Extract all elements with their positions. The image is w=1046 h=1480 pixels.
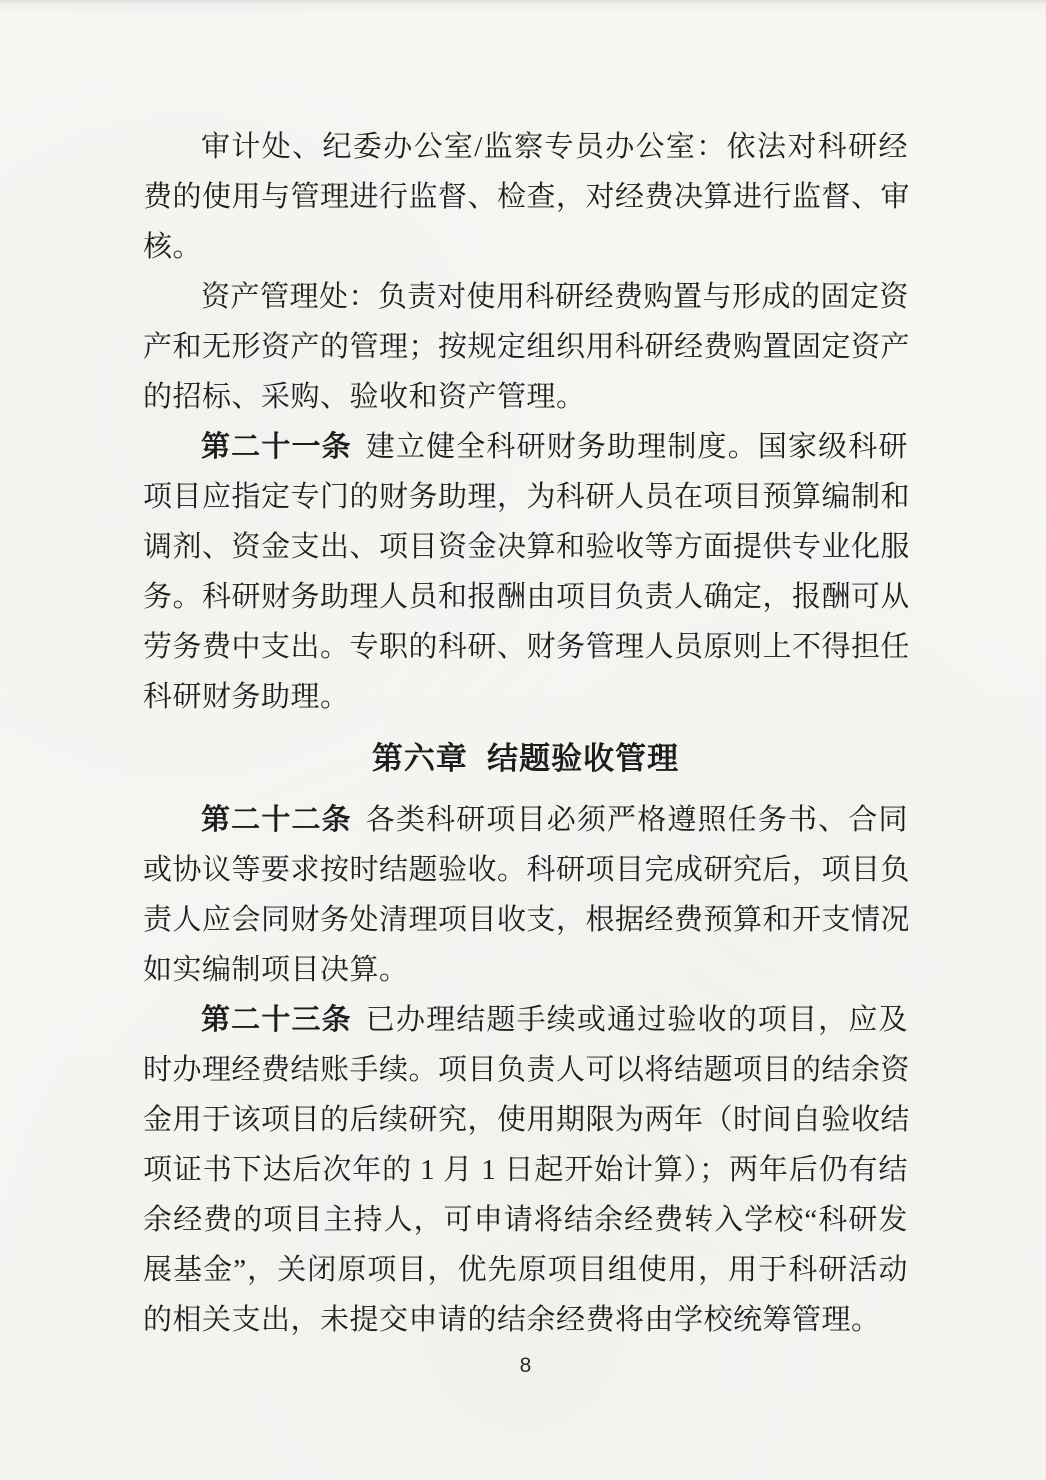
line-text: 科研财务助理。 xyxy=(143,681,350,713)
text-line: 第二十一条建立健全科研财务助理制度。国家级科研 xyxy=(143,422,908,472)
line-text: 审计处、纪委办公室/监察专员办公室：依法对科研经 xyxy=(201,131,908,163)
text-line: 项证书下达后次年的 1 月 1 日起开始计算）；两年后仍有结 xyxy=(143,1145,908,1195)
line-text: 务。科研财务助理人员和报酬由项目负责人确定，报酬可从 xyxy=(143,581,908,613)
text-line: 劳务费中支出。专职的科研、财务管理人员原则上不得担任 xyxy=(143,622,908,672)
article-number: 第二十二条 xyxy=(201,804,352,836)
text-line: 项目应指定专门的财务助理，为科研人员在项目预算编制和 xyxy=(143,472,908,522)
paragraph-block-2: 第二十二条各类科研项目必须严格遵照任务书、合同或协议等要求按时结题验收。科研项目… xyxy=(143,795,908,1345)
text-line: 费的使用与管理进行监督、检查，对经费决算进行监督、审 xyxy=(143,172,908,222)
line-text: 各类科研项目必须严格遵照任务书、合同 xyxy=(366,804,908,836)
text-line: 科研财务助理。 xyxy=(143,672,908,722)
scanned-document-page: 审计处、纪委办公室/监察专员办公室：依法对科研经费的使用与管理进行监督、检查，对… xyxy=(0,0,1046,1480)
line-text: 建立健全科研财务助理制度。国家级科研 xyxy=(366,431,908,463)
line-text: 资产管理处：负责对使用科研经费购置与形成的固定资 xyxy=(201,281,908,313)
line-text: 责人应会同财务处清理项目收支，根据经费预算和开支情况 xyxy=(143,904,908,936)
text-line: 余经费的项目主持人，可申请将结余经费转入学校“科研发 xyxy=(143,1195,908,1245)
line-text: 金用于该项目的后续研究，使用期限为两年（时间自验收结 xyxy=(143,1104,908,1136)
text-line: 资产管理处：负责对使用科研经费购置与形成的固定资 xyxy=(143,272,908,322)
text-line: 第二十三条已办理结题手续或通过验收的项目，应及 xyxy=(143,995,908,1045)
text-line: 金用于该项目的后续研究，使用期限为两年（时间自验收结 xyxy=(143,1095,908,1145)
text-line: 时办理经费结账手续。项目负责人可以将结题项目的结余资 xyxy=(143,1045,908,1095)
text-line: 务。科研财务助理人员和报酬由项目负责人确定，报酬可从 xyxy=(143,572,908,622)
text-line: 审计处、纪委办公室/监察专员办公室：依法对科研经 xyxy=(143,122,908,172)
line-text: 或协议等要求按时结题验收。科研项目完成研究后，项目负 xyxy=(143,854,908,886)
line-text: 已办理结题手续或通过验收的项目，应及 xyxy=(366,1004,908,1036)
line-text: 项目应指定专门的财务助理，为科研人员在项目预算编制和 xyxy=(143,481,908,513)
line-text: 产和无形资产的管理；按规定组织用科研经费购置固定资产 xyxy=(143,331,908,363)
text-line: 调剂、资金支出、项目资金决算和验收等方面提供专业化服 xyxy=(143,522,908,572)
line-text: 劳务费中支出。专职的科研、财务管理人员原则上不得担任 xyxy=(143,631,908,663)
text-line: 展基金”，关闭原项目，优先原项目组使用，用于科研活动 xyxy=(143,1245,908,1295)
line-text: 时办理经费结账手续。项目负责人可以将结题项目的结余资 xyxy=(143,1054,908,1086)
article-number: 第二十三条 xyxy=(201,1004,352,1036)
page-number: 8 xyxy=(143,1352,908,1380)
text-line: 核。 xyxy=(143,222,908,272)
line-text: 如实编制项目决算。 xyxy=(143,954,409,986)
line-text: 费的使用与管理进行监督、检查，对经费决算进行监督、审 xyxy=(143,181,908,213)
line-text: 余经费的项目主持人，可申请将结余经费转入学校“科研发 xyxy=(143,1204,908,1236)
text-line: 责人应会同财务处清理项目收支，根据经费预算和开支情况 xyxy=(143,895,908,945)
line-text: 的招标、采购、验收和资产管理。 xyxy=(143,381,586,413)
line-text: 调剂、资金支出、项目资金决算和验收等方面提供专业化服 xyxy=(143,531,908,563)
text-line: 或协议等要求按时结题验收。科研项目完成研究后，项目负 xyxy=(143,845,908,895)
chapter-heading: 第六章 结题验收管理 xyxy=(143,734,908,784)
line-text: 核。 xyxy=(143,231,202,263)
line-text: 展基金”，关闭原项目，优先原项目组使用，用于科研活动 xyxy=(143,1254,908,1286)
text-line: 的招标、采购、验收和资产管理。 xyxy=(143,372,908,422)
text-line: 如实编制项目决算。 xyxy=(143,945,908,995)
text-line: 产和无形资产的管理；按规定组织用科研经费购置固定资产 xyxy=(143,322,908,372)
text-line: 第二十二条各类科研项目必须严格遵照任务书、合同 xyxy=(143,795,908,845)
document-body: 审计处、纪委办公室/监察专员办公室：依法对科研经费的使用与管理进行监督、检查，对… xyxy=(143,122,908,1380)
article-number: 第二十一条 xyxy=(201,431,352,463)
line-text: 的相关支出，未提交申请的结余经费将由学校统筹管理。 xyxy=(143,1304,881,1336)
paragraph-block-1: 审计处、纪委办公室/监察专员办公室：依法对科研经费的使用与管理进行监督、检查，对… xyxy=(143,122,908,722)
line-text: 项证书下达后次年的 1 月 1 日起开始计算）；两年后仍有结 xyxy=(143,1154,908,1186)
text-line: 的相关支出，未提交申请的结余经费将由学校统筹管理。 xyxy=(143,1295,908,1345)
